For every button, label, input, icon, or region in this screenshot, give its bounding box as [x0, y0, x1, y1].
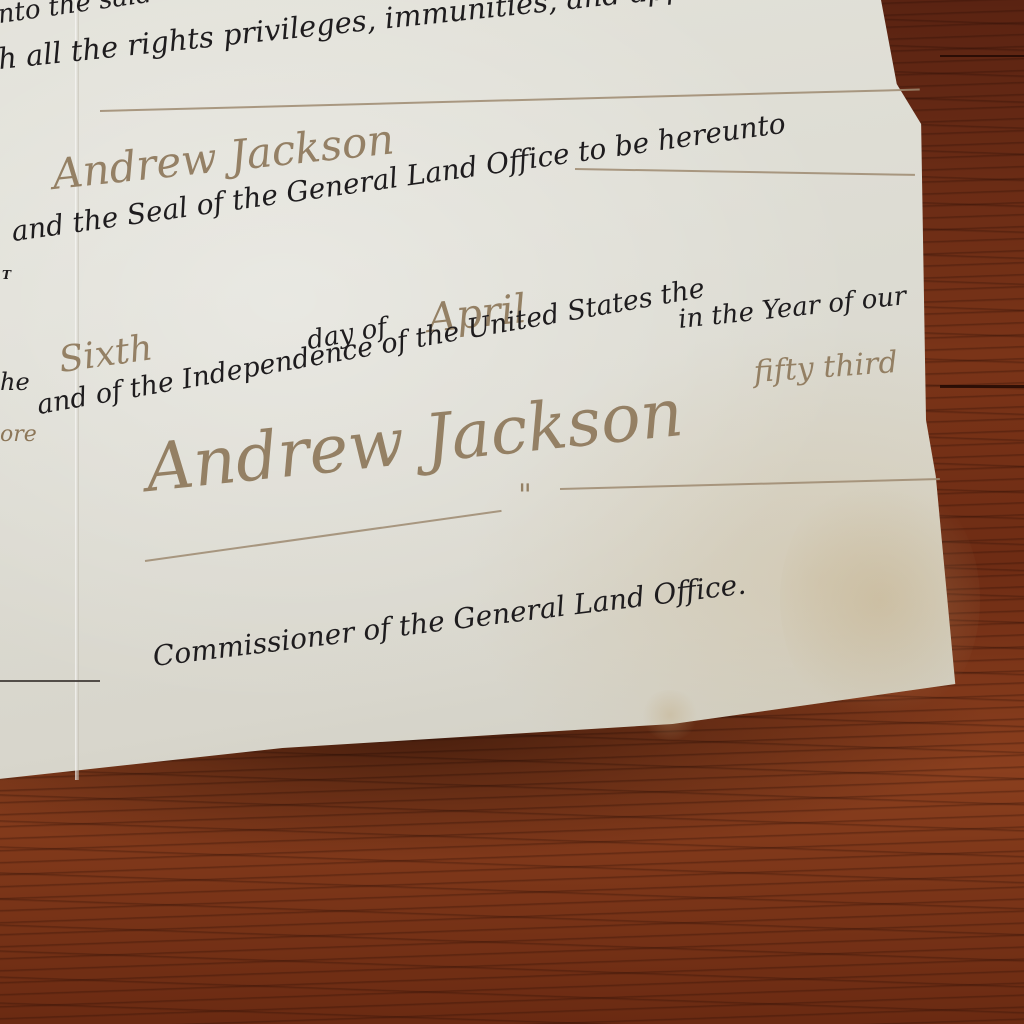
printed-fragment-ore: ore: [0, 422, 37, 447]
water-stain: [780, 470, 980, 730]
signature-mark: ": [518, 478, 532, 513]
water-stain: [640, 690, 700, 740]
wood-seam: [940, 385, 1024, 388]
printed-fragment-t: T: [2, 268, 11, 282]
printed-line-he: he: [0, 368, 30, 396]
wood-seam: [940, 55, 1024, 57]
signature-flourish-left: [0, 680, 100, 682]
